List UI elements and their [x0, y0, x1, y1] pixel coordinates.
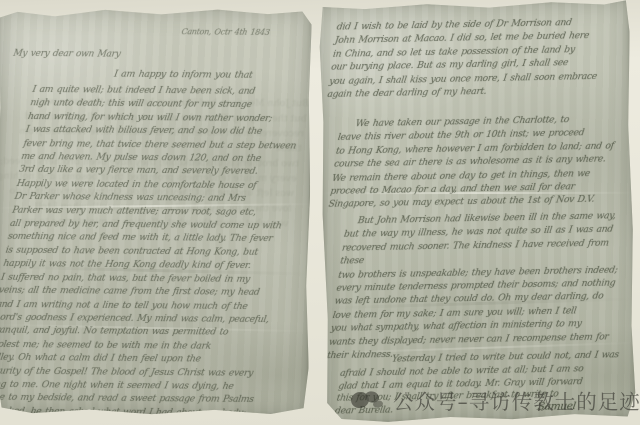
letter-opening-line: I am happy to inform you that [113, 69, 253, 81]
letter-page-left: But John Morrison had likewise been ill … [0, 6, 312, 417]
letter-dateline: Canton, Octr 4th 1843 [181, 27, 271, 37]
watermark-text: 公众号–寻访传教士的足迹 [393, 385, 640, 415]
letter-paragraph-1: did I wish to be laid by the side of Dr … [326, 15, 627, 101]
footprints-icon [348, 387, 388, 413]
letter-page-right: did I wish to be laid by the side of Dr … [318, 0, 637, 424]
letter-paragraph-3: But John Morrison had likewise been ill … [326, 209, 636, 362]
letter-paragraph-2: We have taken our passage in the Charlot… [328, 112, 631, 212]
letter-salutation: My very dear own Mary [13, 49, 122, 60]
letter-body-left: I am quite well; but indeed I have been … [0, 83, 332, 420]
letter-photograph: But John Morrison had likewise been ill … [0, 0, 640, 425]
watermark: 公众号–寻访传教士的足迹 [348, 385, 640, 415]
